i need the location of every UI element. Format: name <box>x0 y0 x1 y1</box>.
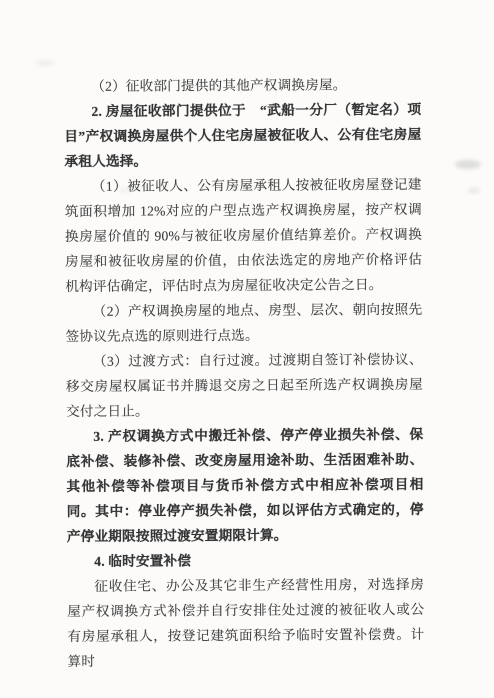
paragraph: （1）被征收人、公有房屋承租人按被征收房屋登记建筑面积增加 12%对应的户型点选… <box>65 172 423 299</box>
paragraph-bold: 3. 产权调换方式中搬迁补偿、停产停业损失补偿、保底补偿、装修补偿、改变房屋用途… <box>66 422 424 549</box>
scan-smudge <box>468 188 480 193</box>
paragraph: 征收住宅、办公及其它非生产经营性用房，对选择房屋产权调换方式补偿并自行安排住处过… <box>67 572 425 674</box>
paragraph: （2）征收部门提供的其他产权调换房屋。 <box>64 72 421 99</box>
paragraph-bold: 2. 房屋征收部门提供位于 “武船一分厂（暂定名）项目”产权调换房屋供个人住宅房… <box>64 97 421 174</box>
paragraph-bold: 4. 临时安置补偿 <box>67 547 424 574</box>
paragraph: （3）过渡方式：自行过渡。过渡期自签订补偿协议、移交房屋权属证书并腾退交房之日起… <box>66 347 423 424</box>
document-body: （2）征收部门提供的其他产权调换房屋。2. 房屋征收部门提供位于 “武船一分厂（… <box>64 72 425 674</box>
paragraph: （2）产权调换房屋的地点、房型、层次、朝向按照先签协议先点选的原则进行点选。 <box>65 297 422 349</box>
scan-smudge <box>36 60 54 66</box>
scan-smudge <box>455 160 481 169</box>
scanned-page: （2）征收部门提供的其他产权调换房屋。2. 房屋征收部门提供位于 “武船一分厂（… <box>0 0 494 698</box>
